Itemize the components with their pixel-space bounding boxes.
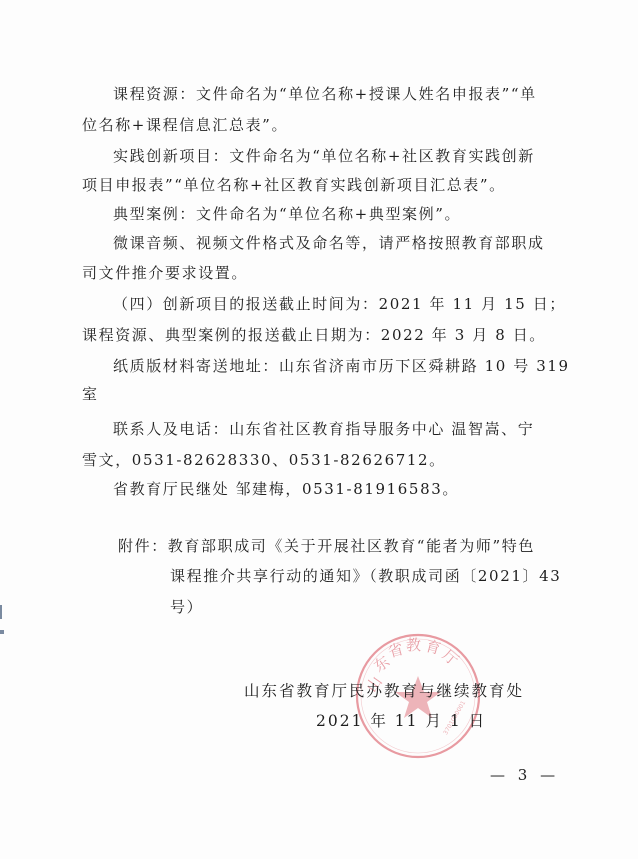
signature-date: 2021 年 11 月 1 日 [316,711,486,731]
paragraph-deadline: （四）创新项目的报送截止时间为：2021 年 11 月 15 日； [113,294,566,314]
page-number: — 3 — [490,766,559,784]
paragraph-course-resources: 课程资源：文件命名为“单位名称+授课人姓名申报表”“单 [113,84,537,104]
paragraph-typical-cases: 典型案例：文件命名为“单位名称+典型案例”。 [113,204,461,224]
scan-edge-mark [0,630,4,634]
svg-text:省: 省 [386,640,405,661]
attachment-line-2: 课程推介共享行动的通知》（教职成司函〔2021〕43 [170,566,561,586]
scan-edge-mark [0,605,2,619]
paragraph-micro-course: 微课音频、视频文件格式及命名等，请严格按照教育部职成 [113,233,545,253]
paragraph-course-resources-cont: 位名称+课程信息汇总表”。 [82,115,288,135]
paragraph-contacts: 联系人及电话：山东省社区教育指导服务中心 温智嵩、宁 [113,419,534,439]
signature-organization: 山东省教育厅民办教育与继续教育处 [244,681,524,701]
svg-text:厅: 厅 [439,646,462,669]
paragraph-mailing-address: 纸质版材料寄送地址：山东省济南市历下区舜耕路 10 号 319 [113,356,570,376]
paragraph-deadline-cont: 课程资源、典型案例的报送截止日期为：2022 年 3 月 8 日。 [82,325,546,345]
paragraph-contact-office: 省教育厅民继处 邹建梅，0531-81916583。 [113,479,459,499]
svg-text:东: 东 [370,652,393,675]
paragraph-contacts-cont: 雪文，0531-82628330、0531-82626712。 [82,450,446,470]
paragraph-practice-innovation: 实践创新项目：文件命名为“单位名称+社区教育实践创新 [113,146,535,166]
attachment-line-1: 附件：教育部职成司《关于开展社区教育“能者为师”特色 [118,536,535,556]
paragraph-practice-innovation-cont: 项目申报表”“单位名称+社区教育实践创新项目汇总表”。 [82,175,506,195]
paragraph-mailing-address-cont: 室 [82,384,99,404]
paragraph-micro-course-cont: 司文件推介要求设置。 [82,263,248,283]
svg-text:育: 育 [424,637,443,658]
document-page: 课程资源：文件命名为“单位名称+授课人姓名申报表”“单 位名称+课程信息汇总表”… [0,0,638,859]
attachment-line-3: 号） [170,597,203,617]
svg-text:教: 教 [406,636,421,654]
